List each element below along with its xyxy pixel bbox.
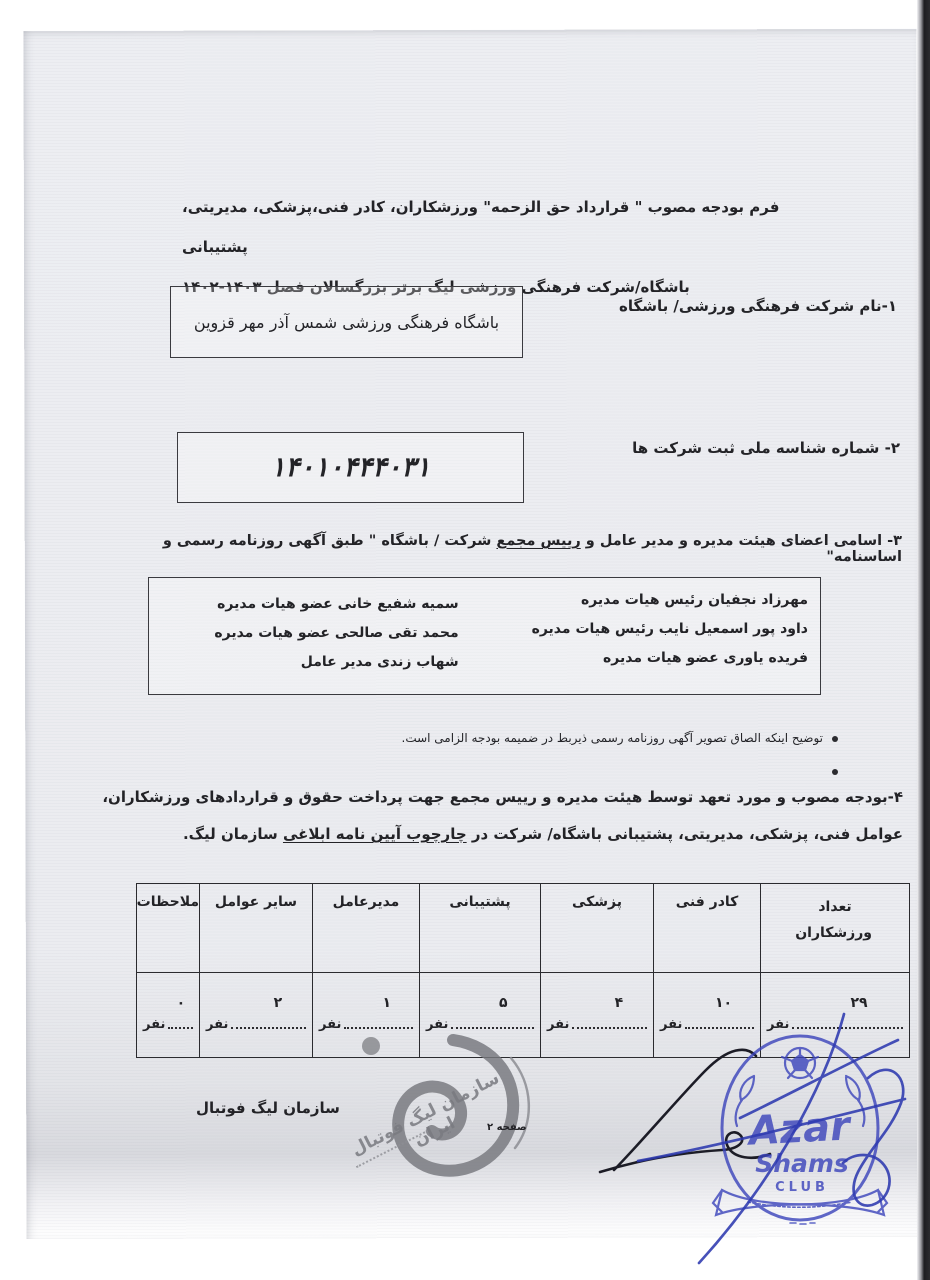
heading-prefix: ۳- اسامی اعضای هیئت مدیره و مدیر عامل و (581, 533, 902, 549)
members-column-left: سمیه شفیع خانی عضو هیات مدیره محمد تقی ص… (161, 590, 459, 686)
member-name: مهرزاد نجفیان رئیس هیات مدیره (459, 586, 808, 615)
page-number: صفحه ۲ (487, 1122, 527, 1133)
bullet-icon (832, 736, 838, 742)
scanned-form-page: فرم بودجه مصوب " قرارداد حق الزحمه" ورزش… (0, 0, 930, 1280)
col-header-athletes: تعداد ورزشکاران (761, 884, 910, 973)
board-members-heading: ۳- اسامی اعضای هیئت مدیره و مدیر عامل و … (102, 533, 902, 565)
col-header-other-staff: سایر عوامل (200, 884, 313, 973)
note-attachment: توضیح اینکه الصاق تصویر آگهی روزنامه رسم… (278, 731, 838, 745)
national-id-label: ۲- شماره شناسه ملی ثبت شرکت ها (632, 439, 900, 457)
member-name: سمیه شفیع خانی عضو هیات مدیره (161, 590, 459, 619)
league-organization-label: سازمان لیگ فوتبال (196, 1099, 340, 1117)
club-name-label: ۱-نام شرکت فرهنگی ورزشی/ باشگاه (619, 297, 897, 315)
dotted-leader: ۲ (231, 1011, 306, 1029)
cell-other-count: ۲نفر (200, 973, 313, 1058)
club-name-box: باشگاه فرهنگی ورزشی شمس آذر مهر قزوین (170, 286, 523, 358)
dotted-leader: ۰ (168, 1011, 193, 1029)
dotted-leader: ۱ (344, 1011, 413, 1029)
note-text: توضیح اینکه الصاق تصویر آگهی روزنامه رسم… (402, 731, 824, 745)
dotted-leader: ۵ (451, 1011, 534, 1029)
heading-underlined: رییس مجمع (496, 533, 580, 549)
member-name: داود پور اسمعیل نایب رئیس هیات مدیره (459, 615, 808, 644)
form-title-line1: فرم بودجه مصوب " قرارداد حق الزحمه" ورزش… (182, 187, 782, 267)
national-id-box: ۱۴۰۱۰۴۴۴۰۳۱ (177, 432, 524, 503)
budget-line2-suffix: سازمان لیگ. (183, 825, 283, 843)
note-empty-item (278, 764, 838, 775)
col-header-technical-staff: کادر فنی (654, 884, 761, 973)
col-header-ceo: مدیرعامل (313, 884, 420, 973)
budget-paragraph: ۴-بودجه مصوب و مورد تعهد توسط هیئت مدیره… (88, 779, 903, 853)
table-header-row: تعداد ورزشکاران کادر فنی پزشکی پشتیبانی … (137, 884, 910, 973)
col-header-remarks: ملاحظات (137, 884, 200, 973)
member-name: محمد تقی صالحی عضو هیات مدیره (161, 619, 459, 648)
board-members-box: مهرزاد نجفیان رئیس هیات مدیره داود پور ا… (148, 577, 821, 695)
national-id-value: ۱۴۰۱۰۴۴۴۰۳۱ (271, 452, 431, 483)
member-name: فریده یاوری عضو هیات مدیره (459, 644, 808, 673)
budget-line1: ۴-بودجه مصوب و مورد تعهد توسط هیئت مدیره… (102, 788, 903, 806)
budget-line2-prefix: عوامل فنی، پزشکی، مدیریتی، پشتیبانی باشگ… (467, 825, 903, 843)
blue-signature (618, 1000, 920, 1275)
col-header-support: پشتیبانی (420, 884, 541, 973)
club-name-value: باشگاه فرهنگی ورزشی شمس آذر مهر قزوین (194, 313, 499, 332)
cell-remarks-count: ۰نفر (137, 973, 200, 1058)
member-name: شهاب زندی مدیر عامل (161, 648, 459, 677)
bullet-icon (832, 769, 838, 775)
budget-line2-underlined: چارچوب آیین نامه ابلاغی (283, 825, 467, 843)
members-column-right: مهرزاد نجفیان رئیس هیات مدیره داود پور ا… (459, 586, 808, 686)
col-header-medical: پزشکی (541, 884, 654, 973)
